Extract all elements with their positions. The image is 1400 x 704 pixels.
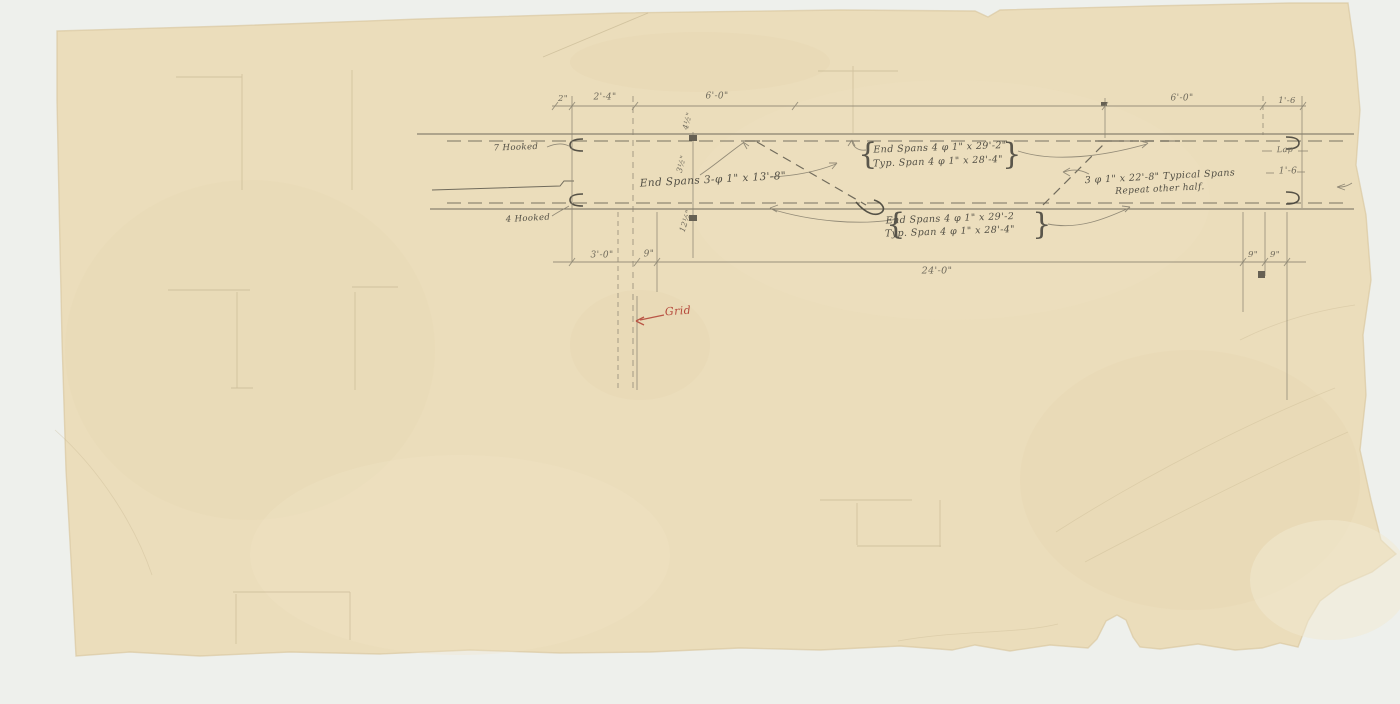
dim-3ft-0in: 3'-0" bbox=[590, 252, 613, 261]
brace-close-bottom-block: } bbox=[1032, 210, 1052, 240]
dim-6ft-0in-left: 6'-0" bbox=[705, 93, 728, 102]
dim-1ft-6-top: 1'-6 bbox=[1278, 97, 1296, 106]
dim-2in: 2" bbox=[558, 95, 568, 104]
scanned-drawing: 2" 2'-4" 6'-0" 6'-0" 1'-6 7 Hooked 4 Hoo… bbox=[0, 0, 1400, 704]
dim-9in-right-b: 9" bbox=[1270, 251, 1280, 260]
brace-close-top-block: } bbox=[1002, 140, 1022, 170]
note-4-hooked: 4 Hooked bbox=[506, 214, 551, 225]
dim-6ft-0in-right: 6'-0" bbox=[1170, 95, 1193, 104]
dim-24ft-0in: 24'-0" bbox=[922, 266, 953, 276]
drawing-canvas bbox=[0, 0, 1400, 704]
label-grid: Grid bbox=[665, 305, 692, 318]
dim-1ft-6-right: 1'-6 bbox=[1279, 168, 1298, 177]
dim-9in-right-a: 9" bbox=[1248, 251, 1258, 260]
dim-2ft-4in: 2'-4" bbox=[593, 94, 616, 103]
note-7-hooked: 7 Hooked bbox=[494, 143, 539, 153]
dim-9in-column: 9" bbox=[644, 251, 655, 260]
note-lap: Lap bbox=[1277, 146, 1294, 155]
